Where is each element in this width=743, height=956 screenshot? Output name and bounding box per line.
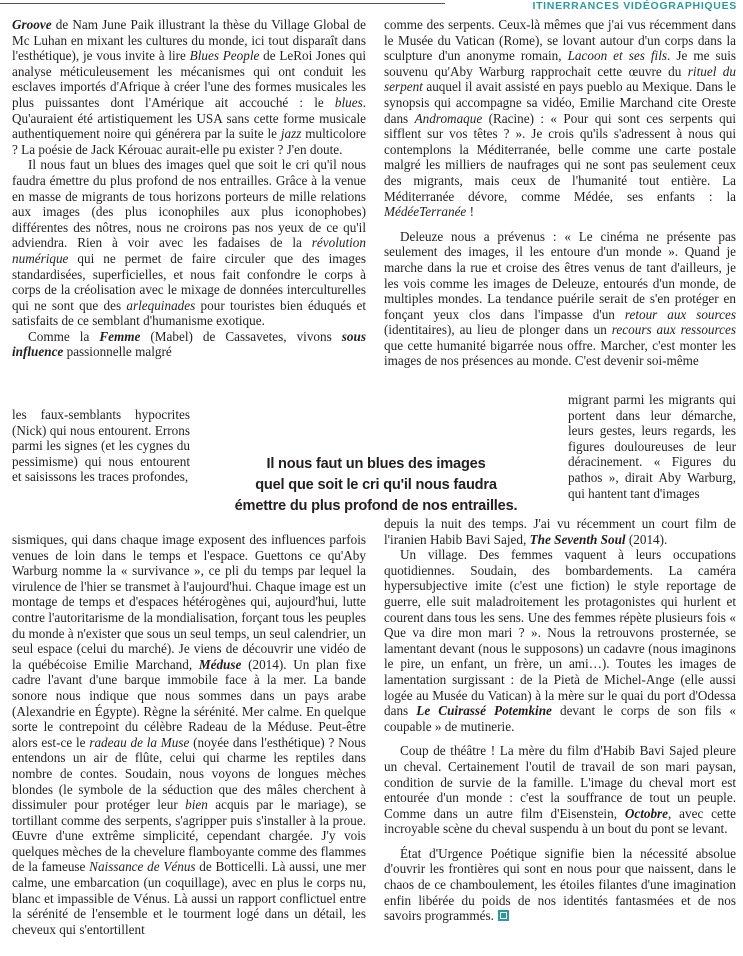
right-column: comme des serpents. Ceux-là mêmes que j'… — [384, 17, 736, 369]
text: État d'Urgence Poétique signifie bien la… — [384, 846, 736, 923]
work-title: Femme — [99, 329, 140, 344]
emphasis: Lacoon et ses fils — [568, 48, 667, 63]
left-column: Groove de Nam June Paik illustrant la th… — [12, 17, 366, 360]
pull-quote-line: quel que soit le cri qu'il nous faudra — [196, 475, 556, 496]
section-title: ITINERRANCES VIDÉOGRAPHIQUES — [532, 0, 737, 12]
work-title: Groove — [12, 17, 52, 32]
paragraph: État d'Urgence Poétique signifie bien la… — [384, 846, 736, 924]
text: Un village. Des femmes vaquent à leurs o… — [384, 547, 736, 718]
emphasis: recours aux ressources — [612, 322, 736, 337]
text: (2014). — [626, 532, 668, 547]
right-wrap-text: migrant parmi les migrants qui portent d… — [568, 392, 736, 501]
text: passionnelle malgré — [63, 344, 171, 359]
text: (identitaires), au lieu de plonger dans … — [384, 322, 612, 337]
paragraph: Groove de Nam June Paik illustrant la th… — [12, 17, 366, 157]
work-title: Le Cuirassé Potemkine — [416, 703, 552, 718]
emphasis: blues — [335, 95, 363, 110]
text: ! — [466, 204, 474, 219]
emphasis: retour aux sources — [625, 307, 736, 322]
emphasis: MédéeTerranée — [384, 204, 466, 219]
paragraph: Comme la Femme (Mabel) de Cassavetes, vi… — [12, 329, 366, 360]
paragraph: depuis la nuit des temps. J'ai vu récemm… — [384, 516, 736, 547]
paragraph: sismiques, qui dans chaque image exposen… — [12, 532, 366, 937]
paragraph: comme des serpents. Ceux-là mêmes que j'… — [384, 17, 736, 220]
emphasis: Naissance de Vénus — [89, 859, 195, 874]
pull-quote-line: Il nous faut un blues des images — [196, 454, 556, 475]
end-of-article-icon — [498, 910, 509, 921]
emphasis: Andromaque — [415, 111, 483, 126]
emphasis: bien — [185, 797, 208, 812]
work-title: Méduse — [199, 657, 242, 672]
left-column-continued: sismiques, qui dans chaque image exposen… — [12, 532, 366, 937]
paragraph: Il nous faut un blues des images quel qu… — [12, 157, 366, 329]
paragraph: Deleuze nous a prévenus : « Le cinéma ne… — [384, 229, 736, 369]
work-title: The Seventh Soul — [530, 532, 626, 547]
text: (Mabel) de Cassavetes, vivons — [140, 329, 341, 344]
book-title: Blues People — [190, 48, 260, 63]
pull-quote-line: émettre du plus profond de nos entraille… — [196, 496, 556, 517]
pull-quote: Il nous faut un blues des images quel qu… — [196, 454, 556, 517]
header-rule — [0, 3, 445, 4]
emphasis: radeau de la Muse — [89, 735, 189, 750]
left-wrap-text: les faux-semblants hypocrites (Nick) qui… — [12, 407, 190, 485]
paragraph: Un village. Des femmes vaquent à leurs o… — [384, 547, 736, 734]
paragraph: Coup de théâtre ! La mère du film d'Habi… — [384, 743, 736, 837]
text: sismiques, qui dans chaque image exposen… — [12, 532, 366, 672]
work-title: Octobre — [625, 806, 668, 821]
right-column-continued: depuis la nuit des temps. J'ai vu récemm… — [384, 516, 736, 924]
emphasis: jazz — [281, 126, 302, 141]
text: que cette humanité bigarrée nous offre. … — [384, 338, 736, 369]
text: Comme la — [28, 329, 99, 344]
emphasis: arlequinades — [126, 298, 195, 313]
